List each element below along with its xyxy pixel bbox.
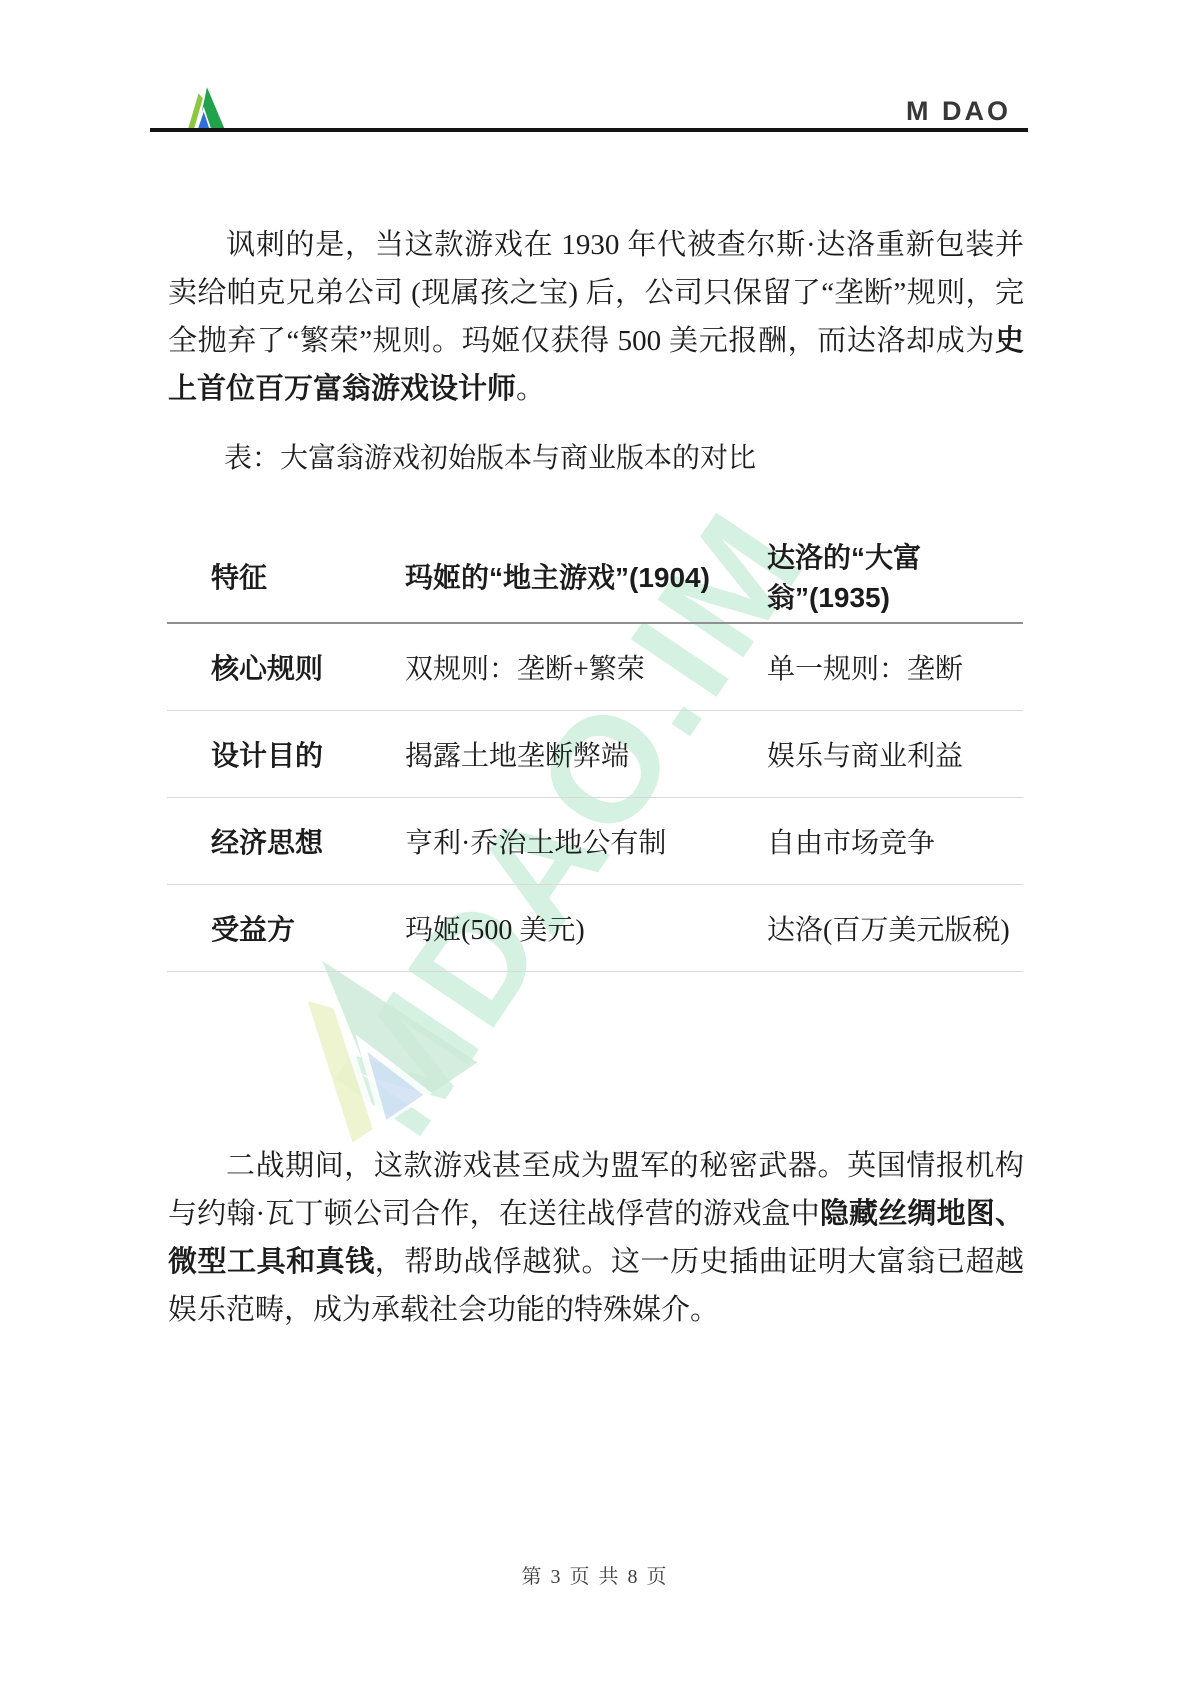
- column-header-feature: 特征: [167, 556, 405, 596]
- table-row-economic-thought: 经济思想 亨利·乔治土地公有制 自由市场竞争: [167, 798, 1023, 885]
- table-cell: 娱乐与商业利益: [767, 734, 1023, 774]
- table-row-beneficiary: 受益方 玛姬(500 美元) 达洛(百万美元版税): [167, 885, 1023, 972]
- table-cell: 自由市场竞争: [767, 821, 1023, 861]
- table-cell: 双规则：垄断+繁荣: [405, 647, 767, 687]
- table-cell: 达洛(百万美元版税): [767, 908, 1023, 948]
- table-cell: 核心规则: [167, 647, 405, 687]
- table-cell: 亨利·乔治土地公有制: [405, 821, 767, 861]
- table-cell: 单一规则：垄断: [767, 647, 1023, 687]
- table-row-core-rules: 核心规则 双规则：垄断+繁荣 单一规则：垄断: [167, 624, 1023, 711]
- table-cell: 揭露土地垄断弊端: [405, 734, 767, 774]
- paragraph-text: 。: [516, 373, 545, 405]
- table-cell: 设计目的: [167, 734, 405, 774]
- column-header-magie: 玛姬的“地主游戏”(1904): [405, 556, 767, 596]
- page-number-footer: 第 3 页 共 8 页: [0, 1560, 1190, 1589]
- comparison-table: 特征 玛姬的“地主游戏”(1904) 达洛的“大富翁”(1935) 核心规则 双…: [167, 530, 1023, 972]
- paragraph-irony: 讽刺的是，当这款游戏在 1930 年代被查尔斯·达洛重新包装并卖给帕克兄弟公司 …: [168, 221, 1024, 413]
- table-caption: 表：大富翁游戏初始版本与商业版本的对比: [168, 436, 1024, 482]
- header-divider-rule: [150, 128, 1028, 132]
- brand-wordmark: M DAO: [906, 96, 1011, 127]
- document-page: MDAO.IM M DAO 讽刺的是，当这款游戏在 1930 年代被查尔斯·达洛…: [0, 0, 1190, 1683]
- table-row-design-purpose: 设计目的 揭露土地垄断弊端 娱乐与商业利益: [167, 711, 1023, 798]
- column-header-darrow: 达洛的“大富翁”(1935): [767, 536, 1023, 616]
- table-cell: 玛姬(500 美元): [405, 908, 767, 948]
- mdao-mountain-logo-icon: [184, 85, 230, 129]
- table-cell: 受益方: [167, 908, 405, 948]
- paragraph-wwii: 二战期间，这款游戏甚至成为盟军的秘密武器。英国情报机构与约翰·瓦丁顿公司合作，在…: [168, 1142, 1024, 1334]
- table-cell: 经济思想: [167, 821, 405, 861]
- table-header-row: 特征 玛姬的“地主游戏”(1904) 达洛的“大富翁”(1935): [167, 530, 1023, 624]
- paragraph-text: 讽刺的是，当这款游戏在 1930 年代被查尔斯·达洛重新包装并卖给帕克兄弟公司 …: [168, 229, 1024, 357]
